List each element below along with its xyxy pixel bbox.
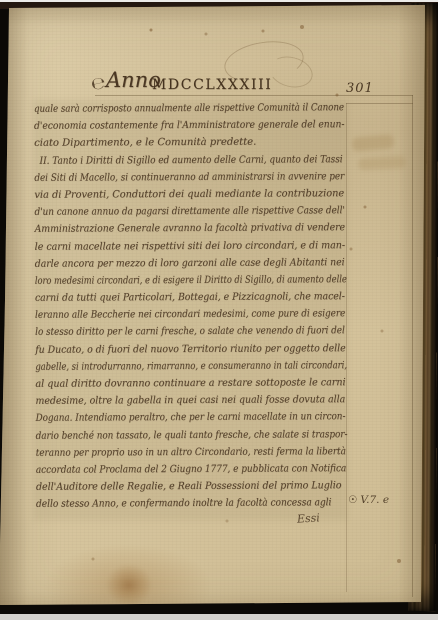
manuscript-line: Dogana. Intendiamo peraltro, che per le … [36, 412, 310, 431]
manuscript-line: darle ancora per mezzo di loro garzoni a… [35, 257, 324, 276]
margin-box-right-rule [412, 95, 413, 597]
manuscript-line: gabelle, si introdurranno, rimarranno, e… [35, 360, 297, 379]
manuscript-line: medesime, oltre la gabella in quei casi … [35, 394, 327, 413]
manuscript-line: fu Ducato, o di fuori del nuovo Territor… [35, 343, 326, 362]
manuscript-line: loro medesimi circondari, e di esigere i… [35, 274, 293, 293]
catchword: Essi [297, 511, 321, 526]
manuscript-line: le carni macellate nei rispettivi siti d… [35, 240, 331, 259]
manuscript-line: dei Siti di Macello, si continueranno ad… [34, 171, 308, 190]
manuscript-line: via di Proventi, Conduttori dei quali me… [34, 188, 338, 207]
manuscript-text-block: quale sarà corrisposto annualmente alle … [34, 102, 348, 516]
bleedthrough-smudge [351, 134, 394, 152]
manuscript-line: leranno alle Beccherie nei circondari me… [35, 309, 309, 328]
page-number: 301 [346, 81, 374, 96]
bleedthrough-smudge [358, 156, 407, 170]
header-flourish: ℮ [89, 73, 107, 96]
margin-note-text: V.7. e [360, 494, 389, 506]
manuscript-line: lo stesso diritto per le carni fresche, … [35, 326, 309, 345]
manuscript-paper: ℮ Anno MDCCLXXXIII 301 quale sarà corris… [0, 0, 438, 620]
manuscript-line: carni da tutti quei Particolari, Bottega… [35, 291, 325, 310]
manuscript-line: Amministrazione Generale avranno la faco… [35, 223, 325, 242]
header-roman-year: MDCCLXXXIII [152, 77, 272, 93]
manuscript-line: II. Tanto i Diritti di Sigillo ed aument… [34, 154, 311, 173]
scan-bottom-edge [0, 614, 438, 620]
manuscript-line: d'economia costantemente fra l'Amministr… [34, 120, 319, 139]
manuscript-line: teranno per proprio uso in un altro Circ… [36, 446, 311, 465]
sun-symbol-icon: ☉ [348, 494, 357, 506]
manuscript-line: d'un canone annuo da pagarsi direttament… [34, 206, 309, 225]
manuscript-line: dell'Auditore delle Regalie, e Reali Pos… [36, 480, 331, 499]
manuscript-line: quale sarà corrisposto annualmente alle … [34, 102, 304, 121]
manuscript-line: al qual diritto dovranno continuare a re… [35, 377, 334, 396]
paper-stain [106, 564, 152, 606]
manuscript-line: dario benché non tassato, le quali tanto… [36, 429, 310, 448]
margin-reference-note: ☉V.7. e [348, 494, 389, 506]
manuscript-line: dello stesso Anno, e confermando inoltre… [36, 498, 317, 517]
margin-box-top-rule [346, 103, 413, 104]
scanned-manuscript-page: ℮ Anno MDCCLXXXIII 301 quale sarà corris… [0, 0, 438, 620]
manuscript-line: ciato Dipartimento, e le Comunità predet… [34, 137, 346, 156]
header-rule-line [95, 95, 413, 96]
manuscript-line: accordata col Proclama del 2 Giugno 1777… [36, 463, 313, 482]
